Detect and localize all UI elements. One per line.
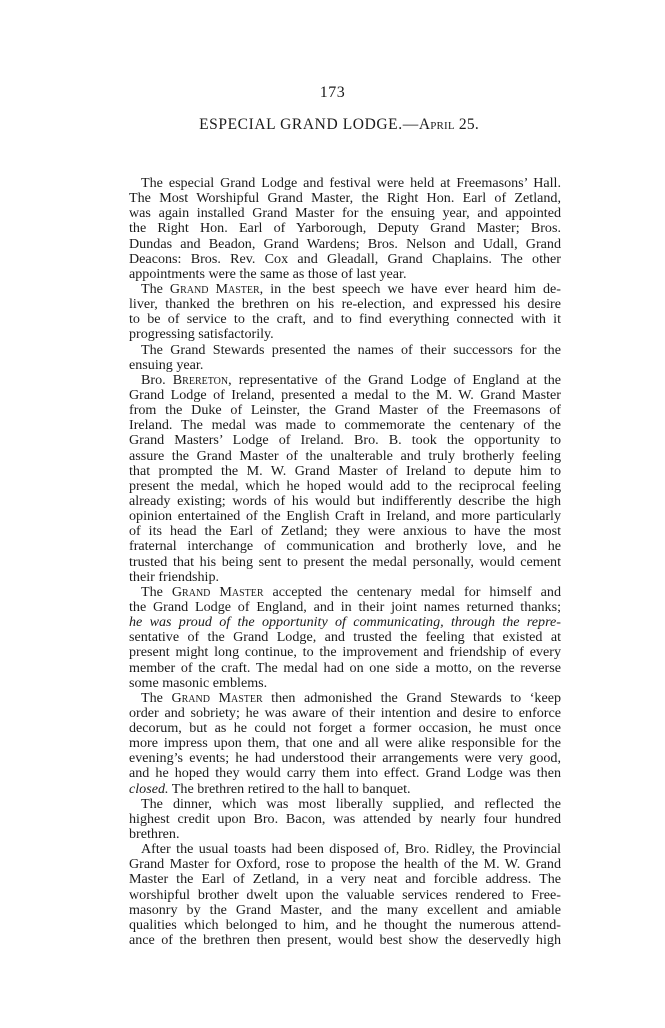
- line-text: The especial Grand Lodge and festival we…: [141, 175, 561, 191]
- text-line: After the usual toasts had been disposed…: [117, 842, 561, 857]
- text-line: of its head the Earl of Zetland; they we…: [117, 524, 561, 539]
- line-text: was again installed Grand Master for the…: [129, 205, 561, 221]
- text-line: Ireland. The medal was made to commemora…: [117, 418, 561, 433]
- line-text: member of the craft. The medal had on on…: [129, 660, 561, 676]
- text-line: The especial Grand Lodge and festival we…: [117, 176, 561, 191]
- text-line: was again installed Grand Master for the…: [117, 206, 561, 221]
- text-line: Grand Masters’ Lodge of Ireland. Bro. B.…: [117, 433, 561, 448]
- line-text: already existing; words of his would but…: [129, 493, 561, 509]
- text-line: worshipful brother dwelt upon the valuab…: [117, 888, 561, 903]
- small-caps-name: Grand Master: [172, 584, 264, 600]
- line-prefix: The: [141, 690, 171, 706]
- line-text: of its head the Earl of Zetland; they we…: [129, 523, 561, 539]
- line-text: fraternal interchange of communication a…: [129, 538, 561, 554]
- line-text: progressing satisfactorily.: [129, 326, 274, 342]
- line-text: their friendship.: [129, 569, 219, 585]
- line-text: , representative of the Grand Lodge of E…: [228, 372, 561, 388]
- text-line: Grand Lodge of Ireland, presented a meda…: [117, 388, 561, 403]
- text-line: decorum, but as he could not forget a fo…: [117, 721, 561, 736]
- text-line: already existing; words of his would but…: [117, 494, 561, 509]
- small-caps-name: Brereton: [173, 372, 228, 388]
- line-text: he was proud of the opportunity of commu…: [129, 614, 561, 630]
- line-text: worshipful brother dwelt upon the valuab…: [129, 887, 561, 903]
- line-text: assure the Grand Master of the unalterab…: [129, 448, 561, 464]
- line-text: The Most Worshipful Grand Master, the Ri…: [129, 190, 561, 206]
- line-text: present the medal, which he hoped would …: [129, 478, 561, 494]
- text-line: sentative of the Grand Lodge, and truste…: [117, 630, 561, 645]
- line-text: , in the best speech we have ever heard …: [260, 281, 561, 297]
- text-line: trusted that his being sent to present t…: [117, 555, 561, 570]
- text-line: opinion entertained of the English Craft…: [117, 509, 561, 524]
- line-text: some masonic emblems.: [129, 675, 267, 691]
- line-text: ensuing year.: [129, 357, 203, 373]
- small-caps-name: Grand Master: [171, 690, 262, 706]
- line-text: more impress upon them, that one and all…: [129, 735, 561, 751]
- line-text: the Right Hon. Earl of Yarborough, Deput…: [129, 220, 561, 236]
- line-text: order and sobriety; he was aware of thei…: [129, 705, 561, 721]
- text-line: order and sobriety; he was aware of thei…: [117, 706, 561, 721]
- line-text: The dinner, which was most liberally sup…: [141, 796, 561, 812]
- text-line: progressing satisfactorily.: [117, 327, 561, 342]
- line-text: accepted the centenary medal for himself…: [264, 584, 561, 600]
- article-body: The especial Grand Lodge and festival we…: [117, 176, 561, 948]
- line-text: to be of service to the craft, and to fi…: [129, 311, 561, 327]
- text-line: Master the Earl of Zetland, in a very ne…: [117, 872, 561, 887]
- article-heading: ESPECIAL GRAND LODGE.—April 25.: [117, 116, 561, 134]
- line-text: The Grand Stewards presented the names o…: [141, 342, 561, 358]
- text-line: The Grand Master, in the best speech we …: [117, 282, 561, 297]
- line-text: Grand Lodge of Ireland, presented a meda…: [129, 387, 561, 403]
- line-text: trusted that his being sent to present t…: [129, 554, 561, 570]
- line-text: qualities which belonged to him, and he …: [129, 917, 561, 933]
- small-caps-name: Grand Master: [170, 281, 260, 297]
- heading-title: ESPECIAL GRAND LODGE.—: [199, 116, 419, 133]
- text-line: Bro. Brereton, representative of the Gra…: [117, 373, 561, 388]
- text-line: The Grand Master accepted the centenary …: [117, 585, 561, 600]
- line-text: brethren.: [129, 826, 179, 842]
- line-text: evening’s events; he had understood thei…: [129, 750, 561, 766]
- text-line: Grand Master for Oxford, rose to propose…: [117, 857, 561, 872]
- text-line: assure the Grand Master of the unalterab…: [117, 449, 561, 464]
- text-line: liver, thanked the brethren on his re-el…: [117, 297, 561, 312]
- text-line: to be of service to the craft, and to fi…: [117, 312, 561, 327]
- line-text: Master the Earl of Zetland, in a very ne…: [129, 871, 561, 887]
- text-line: the Right Hon. Earl of Yarborough, Deput…: [117, 221, 561, 236]
- text-line: present the medal, which he hoped would …: [117, 479, 561, 494]
- line-text: that prompted the M. W. Grand Master of …: [129, 463, 561, 479]
- line-text: Grand Master for Oxford, rose to propose…: [129, 856, 561, 872]
- line-text: Ireland. The medal was made to commemora…: [129, 417, 561, 433]
- line-text: appointments were the same as those of l…: [129, 266, 406, 282]
- text-line: some masonic emblems.: [117, 676, 561, 691]
- text-line: Deacons: Bros. Rev. Cox and Gleadall, Gr…: [117, 252, 561, 267]
- text-line: present might long continue, to the impr…: [117, 645, 561, 660]
- text-line: from the Duke of Leinster, the Grand Mas…: [117, 403, 561, 418]
- text-line: The Grand Stewards presented the names o…: [117, 343, 561, 358]
- line-prefix: Bro.: [141, 372, 173, 388]
- text-line: The Grand Master then admonished the Gra…: [117, 691, 561, 706]
- text-line: more impress upon them, that one and all…: [117, 736, 561, 751]
- italic-prefix: closed.: [129, 781, 169, 797]
- line-text: from the Duke of Leinster, the Grand Mas…: [129, 402, 561, 418]
- text-line: he was proud of the opportunity of commu…: [117, 615, 561, 630]
- text-line: fraternal interchange of communication a…: [117, 539, 561, 554]
- text-line: highest credit upon Bro. Bacon, was atte…: [117, 812, 561, 827]
- line-text: masonry by the Grand Master, and the man…: [129, 902, 561, 918]
- text-line: closed. The brethren retired to the hall…: [117, 782, 561, 797]
- line-text: sentative of the Grand Lodge, and truste…: [129, 629, 561, 645]
- text-line: the Grand Lodge of England, and in their…: [117, 600, 561, 615]
- line-text: highest credit upon Bro. Bacon, was atte…: [129, 811, 561, 827]
- line-text: After the usual toasts had been disposed…: [141, 841, 561, 857]
- text-line: that prompted the M. W. Grand Master of …: [117, 464, 561, 479]
- text-line: their friendship.: [117, 570, 561, 585]
- text-line: The dinner, which was most liberally sup…: [117, 797, 561, 812]
- text-line: masonry by the Grand Master, and the man…: [117, 903, 561, 918]
- text-line: ensuing year.: [117, 358, 561, 373]
- line-prefix: The: [141, 281, 170, 297]
- text-line: brethren.: [117, 827, 561, 842]
- text-line: evening’s events; he had understood thei…: [117, 751, 561, 766]
- text-line: member of the craft. The medal had on on…: [117, 661, 561, 676]
- line-text: decorum, but as he could not forget a fo…: [129, 720, 561, 736]
- text-line: ance of the brethren then present, would…: [117, 933, 561, 948]
- line-text: Dundas and Beadon, Grand Wardens; Bros. …: [129, 236, 561, 252]
- line-text: present might long continue, to the impr…: [129, 644, 561, 660]
- page-number: 173: [0, 84, 665, 102]
- line-text: and he hoped they would carry them into …: [129, 765, 561, 781]
- line-text: then admonished the Grand Stewards to ‘k…: [263, 690, 561, 706]
- text-line: Dundas and Beadon, Grand Wardens; Bros. …: [117, 237, 561, 252]
- text-line: appointments were the same as those of l…: [117, 267, 561, 282]
- text-line: and he hoped they would carry them into …: [117, 766, 561, 781]
- text-line: The Most Worshipful Grand Master, the Ri…: [117, 191, 561, 206]
- heading-date: April 25.: [419, 116, 479, 133]
- line-text: opinion entertained of the English Craft…: [129, 508, 561, 524]
- line-text: liver, thanked the brethren on his re-el…: [129, 296, 561, 312]
- line-text: The brethren retired to the hall to banq…: [169, 781, 411, 797]
- line-text: Deacons: Bros. Rev. Cox and Gleadall, Gr…: [129, 251, 561, 267]
- text-line: qualities which belonged to him, and he …: [117, 918, 561, 933]
- line-text: ance of the brethren then present, would…: [129, 932, 561, 948]
- line-text: the Grand Lodge of England, and in their…: [129, 599, 561, 615]
- line-prefix: The: [141, 584, 172, 600]
- line-text: Grand Masters’ Lodge of Ireland. Bro. B.…: [129, 432, 561, 448]
